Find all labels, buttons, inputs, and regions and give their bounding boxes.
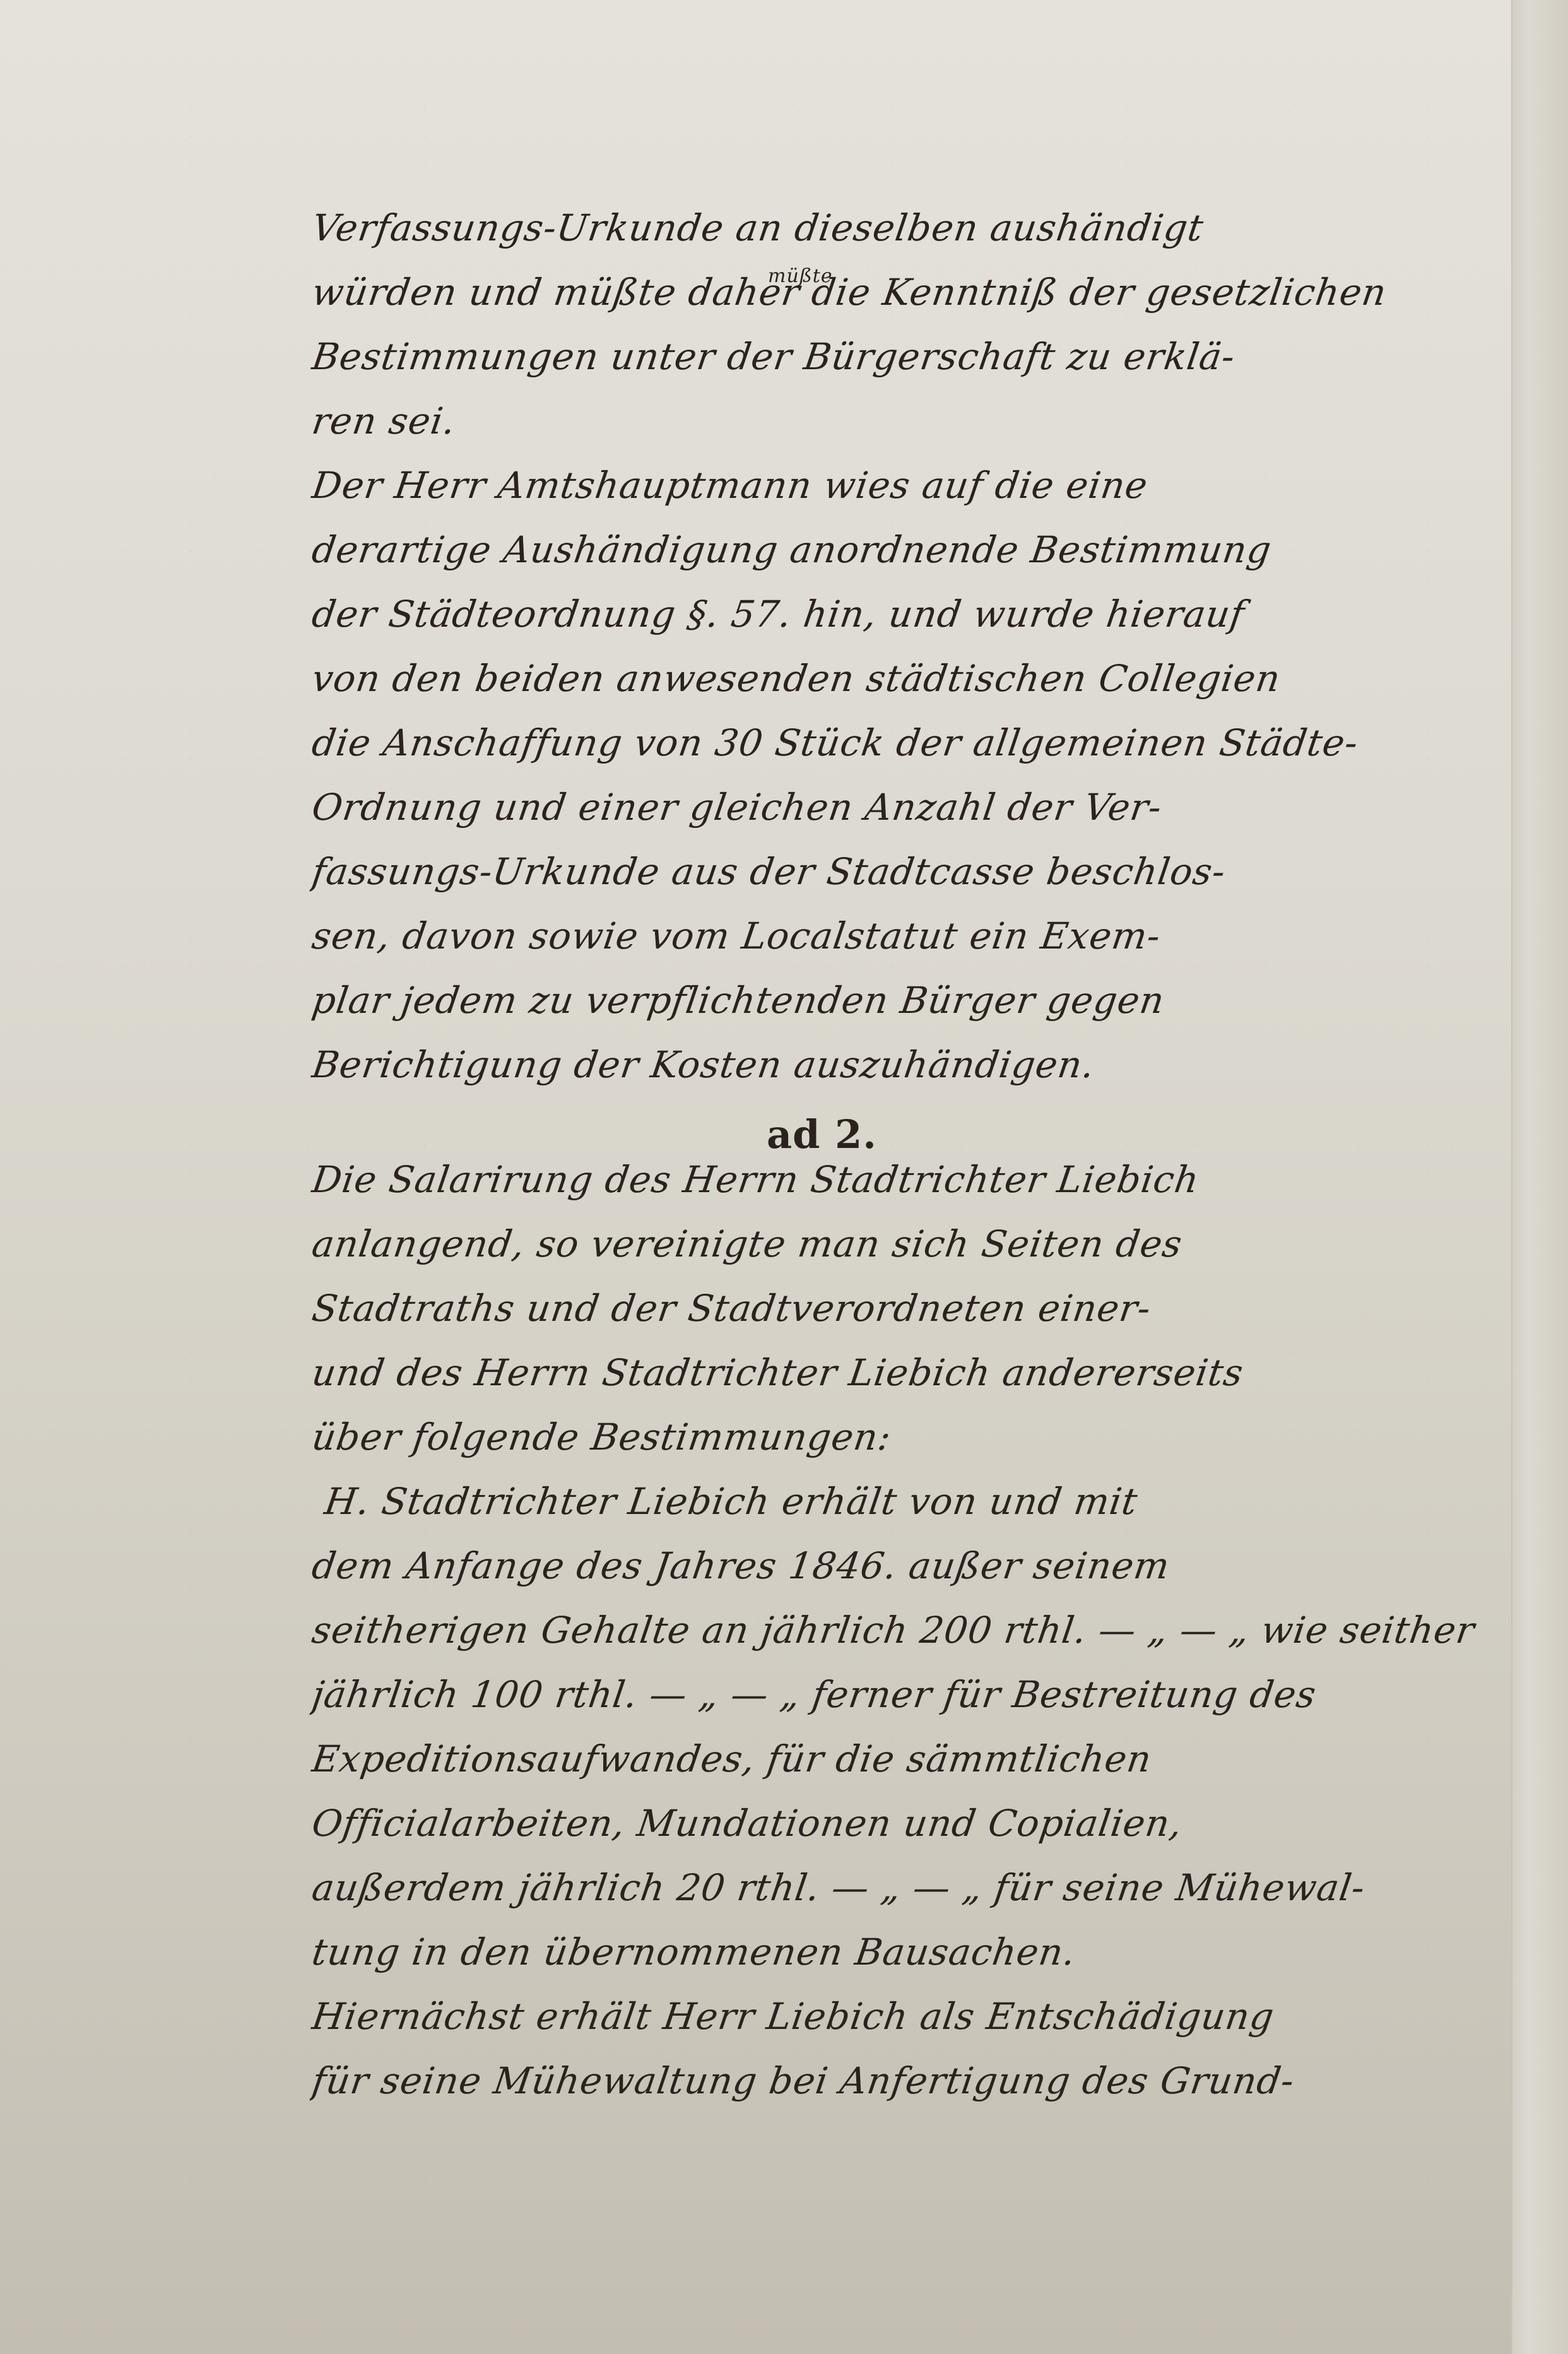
section-2: Die Salarirung des Herrn Stadtrichter Li… [312, 1147, 1511, 2113]
text-line: Officialarbeiten, Mundationen und Copial… [308, 1791, 1516, 1855]
text-line: Hiernächst erhält Herr Liebich als Entsc… [308, 1984, 1516, 2049]
document-page: müßte Verfassungs-Urkunde an dieselben a… [0, 0, 1568, 2354]
text-line: tung in den übernommenen Bausachen. [308, 1920, 1516, 1984]
text-line: von den beiden anwesenden städtischen Co… [308, 646, 1516, 711]
text-line: dem Anfange des Jahres 1846. außer seine… [308, 1534, 1516, 1598]
text-line: Ordnung und einer gleichen Anzahl der Ve… [308, 775, 1516, 839]
text-line: seitherigen Gehalte an jährlich 200 rthl… [308, 1598, 1516, 1662]
text-line: Die Salarirung des Herrn Stadtrichter Li… [308, 1147, 1516, 1212]
text-line: die Anschaffung von 30 Stück der allgeme… [308, 711, 1516, 775]
text-line: plar jedem zu verpflichtenden Bürger geg… [308, 968, 1516, 1032]
section-1: Verfassungs-Urkunde an dieselben aushänd… [312, 196, 1511, 1097]
text-line: fassungs-Urkunde aus der Stadtcasse besc… [308, 839, 1516, 904]
text-line: würden und müßte daher die Kenntniß der … [308, 260, 1516, 324]
text-line: der Städteordnung §. 57. hin, und wurde … [308, 582, 1516, 646]
text-line: Der Herr Amtshauptmann wies auf die eine [308, 453, 1516, 518]
page-fold-edge [1511, 0, 1568, 2354]
handwritten-text-block: müßte Verfassungs-Urkunde an dieselben a… [312, 196, 1511, 2113]
text-line: für seine Mühewaltung bei Anfertigung de… [308, 2049, 1516, 2113]
text-line: Stadtraths und der Stadtverordneten eine… [308, 1276, 1516, 1340]
text-line: und des Herrn Stadtrichter Liebich ander… [308, 1340, 1516, 1405]
text-line: anlangend, so vereinigte man sich Seiten… [308, 1212, 1516, 1276]
text-line: ren sei. [308, 389, 1516, 453]
text-line: H. Stadtrichter Liebich erhält von und m… [308, 1469, 1516, 1534]
text-line: jährlich 100 rthl. — „ — „ ferner für Be… [308, 1662, 1516, 1727]
text-line: außerdem jährlich 20 rthl. — „ — „ für s… [308, 1855, 1516, 1920]
text-line: sen, davon sowie vom Localstatut ein Exe… [308, 904, 1516, 968]
text-line: Expeditionsaufwandes, für die sämmtliche… [308, 1727, 1516, 1791]
text-line: derartige Aushändigung anordnende Bestim… [308, 518, 1516, 582]
text-line: Berichtigung der Kosten auszuhändigen. [308, 1032, 1516, 1097]
text-line: Bestimmungen unter der Bürgerschaft zu e… [308, 324, 1516, 389]
text-line: Verfassungs-Urkunde an dieselben aushänd… [308, 196, 1516, 260]
text-line: über folgende Bestimmungen: [308, 1405, 1516, 1469]
